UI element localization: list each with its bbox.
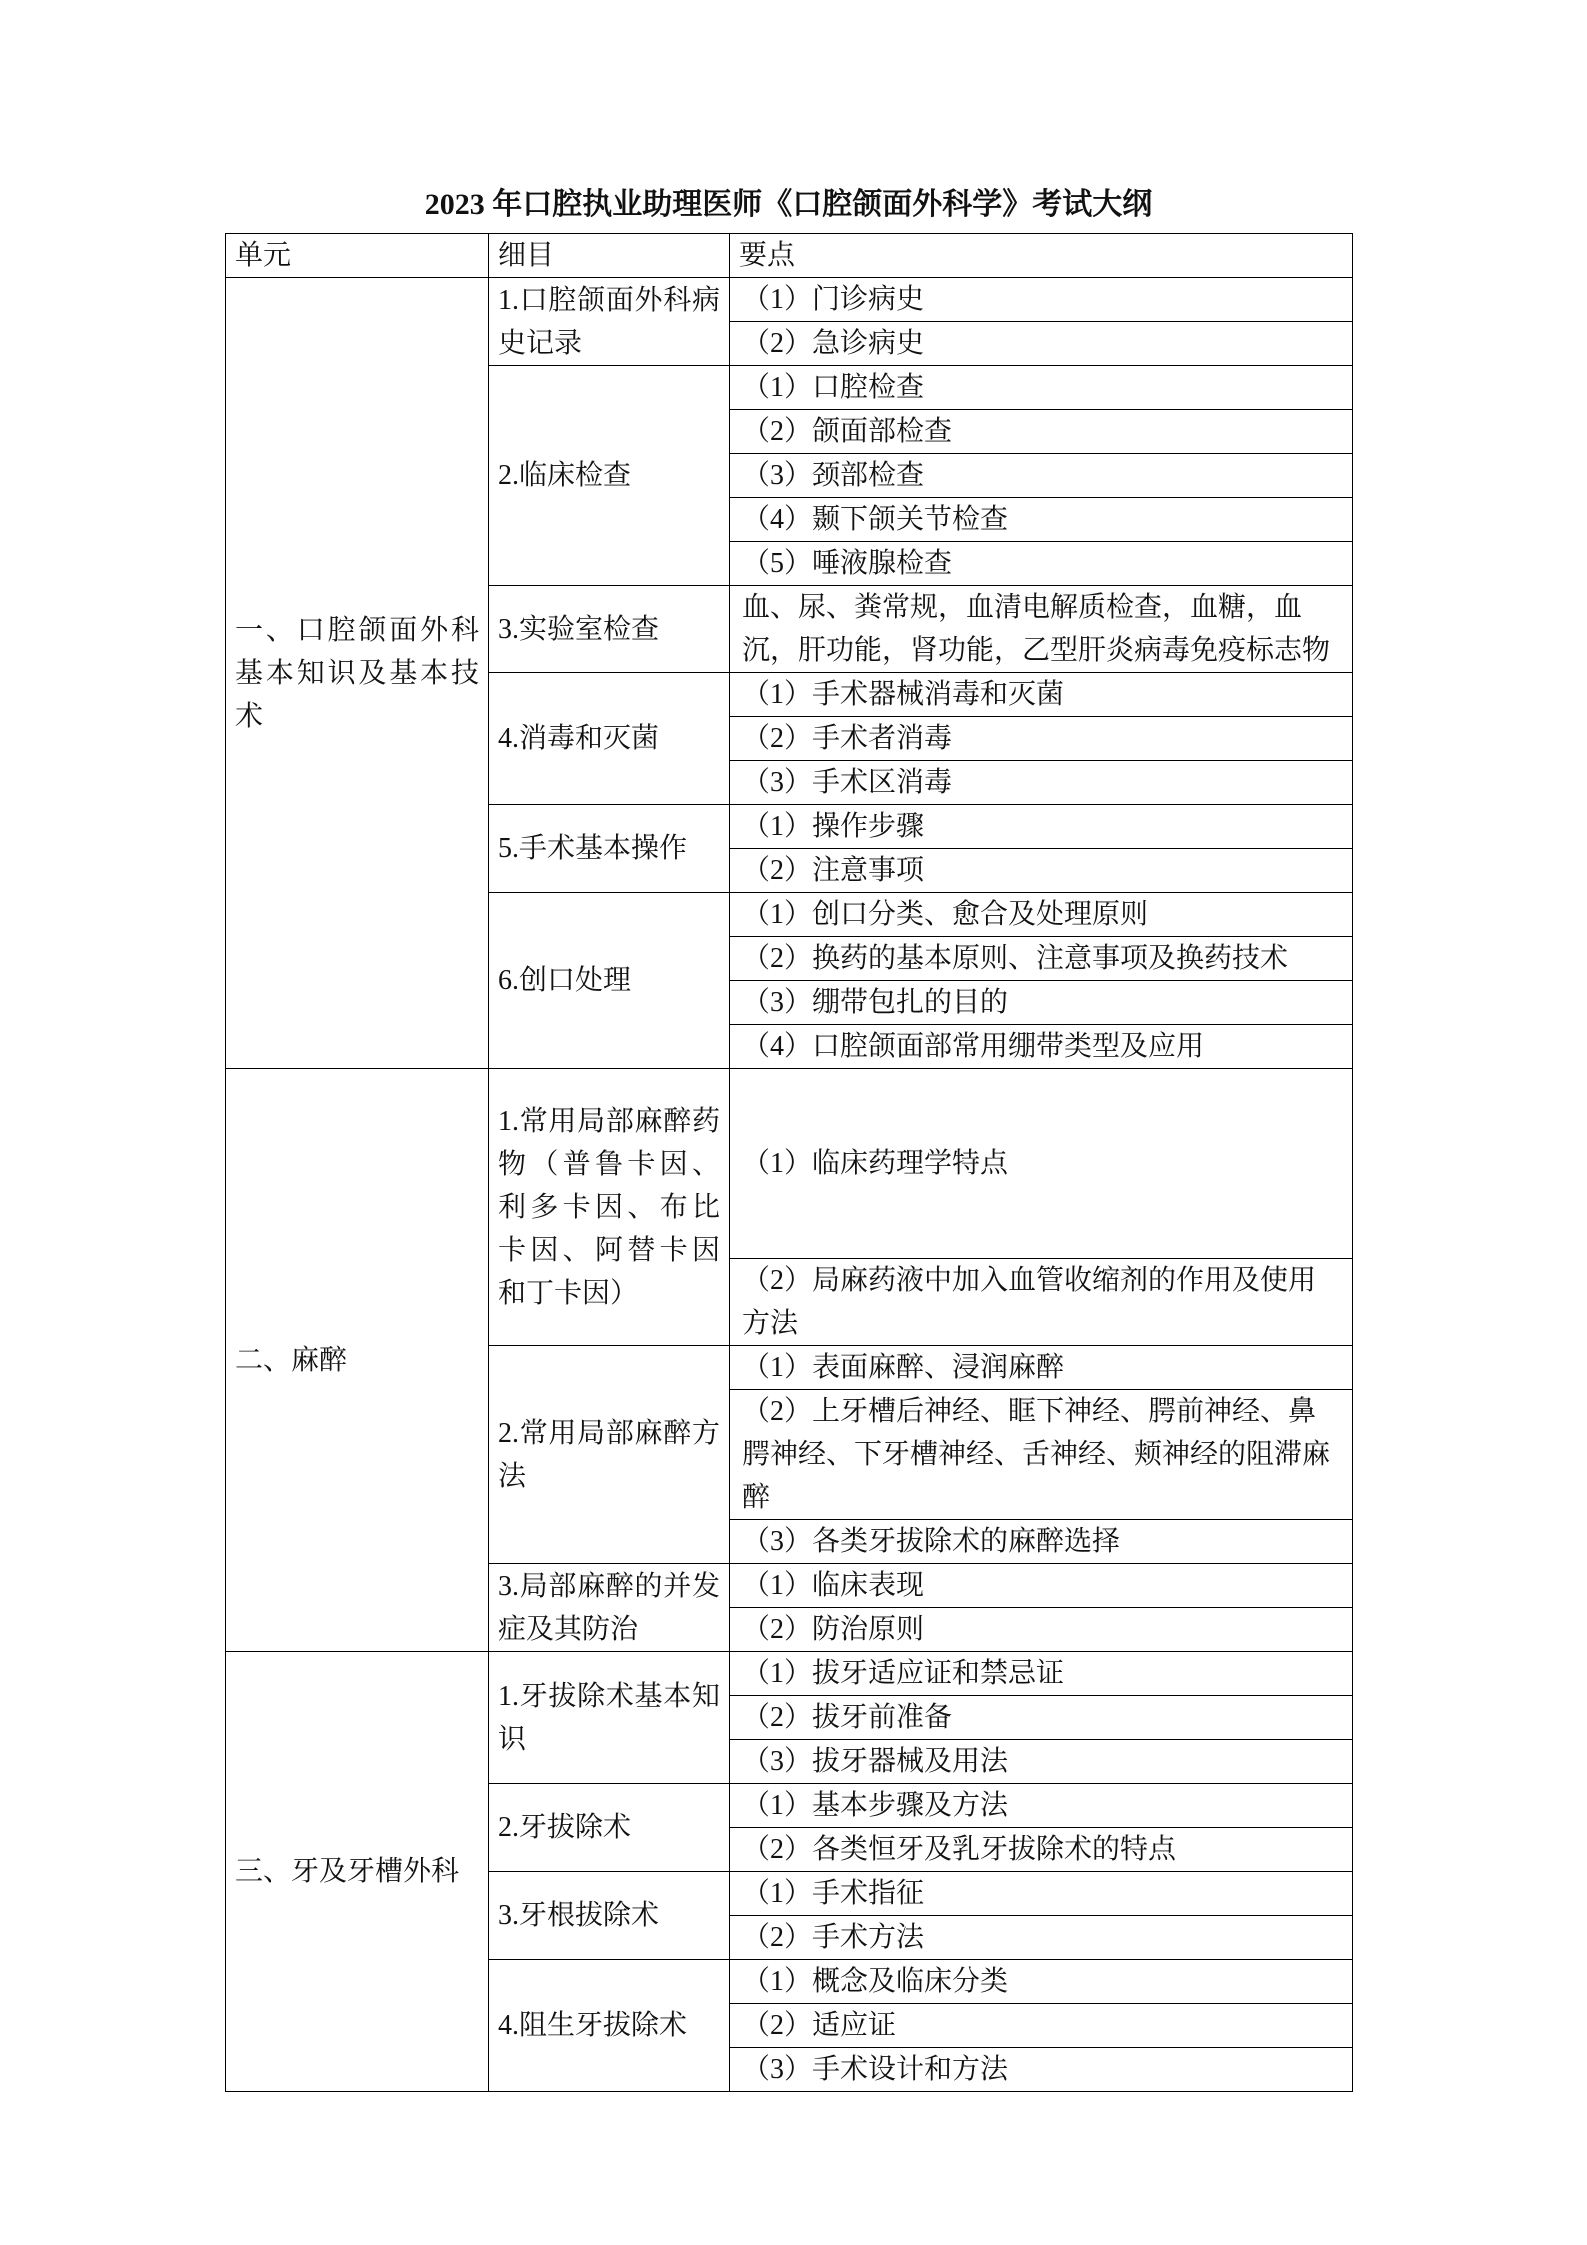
unit-cell: 二、麻醉 [226, 1069, 489, 1652]
item-cell: 1.口腔颌面外科病史记录 [489, 278, 730, 366]
item-cell: 3.实验室检查 [489, 586, 730, 673]
column-header-item: 细目 [489, 234, 730, 278]
point-cell: （2）颌面部检查 [730, 410, 1353, 454]
point-cell: （1）创口分类、愈合及处理原则 [730, 893, 1353, 937]
item-cell: 2.常用局部麻醉方法 [489, 1346, 730, 1564]
column-header-unit: 单元 [226, 234, 489, 278]
point-cell: （2）急诊病史 [730, 322, 1353, 366]
point-cell: （2）上牙槽后神经、眶下神经、腭前神经、鼻腭神经、下牙槽神经、舌神经、颊神经的阻… [730, 1390, 1353, 1520]
point-cell: （3）颈部检查 [730, 454, 1353, 498]
table-row: 三、牙及牙槽外科1.牙拔除术基本知识（1）拔牙适应证和禁忌证 [226, 1652, 1353, 1696]
point-cell: （3）各类牙拔除术的麻醉选择 [730, 1520, 1353, 1564]
item-cell: 4.阻生牙拔除术 [489, 1960, 730, 2092]
point-cell: （4）颞下颌关节检查 [730, 498, 1353, 542]
point-cell: （1）口腔检查 [730, 366, 1353, 410]
point-cell: （2）手术方法 [730, 1916, 1353, 1960]
point-cell: （3）手术区消毒 [730, 761, 1353, 805]
item-cell: 2.临床检查 [489, 366, 730, 586]
item-cell: 3.局部麻醉的并发症及其防治 [489, 1564, 730, 1652]
point-cell: （2）局麻药液中加入血管收缩剂的作用及使用方法 [730, 1259, 1353, 1346]
page-title: 2023 年口腔执业助理医师《口腔颌面外科学》考试大纲 [225, 186, 1352, 224]
item-cell: 3.牙根拔除术 [489, 1872, 730, 1960]
point-cell: （2）适应证 [730, 2004, 1353, 2048]
point-cell: （1）临床药理学特点 [730, 1069, 1353, 1259]
point-cell: （3）绷带包扎的目的 [730, 981, 1353, 1025]
point-cell: （5）唾液腺检查 [730, 542, 1353, 586]
point-cell: （1）概念及临床分类 [730, 1960, 1353, 2004]
point-cell: （1）门诊病史 [730, 278, 1353, 322]
item-cell: 6.创口处理 [489, 893, 730, 1069]
table-header-row: 单元 细目 要点 [226, 234, 1353, 278]
point-cell: （1）操作步骤 [730, 805, 1353, 849]
item-cell: 1.常用局部麻醉药物（普鲁卡因、利多卡因、布比卡因、阿替卡因和丁卡因） [489, 1069, 730, 1346]
point-cell: （1）手术指征 [730, 1872, 1353, 1916]
unit-cell: 三、牙及牙槽外科 [226, 1652, 489, 2092]
point-cell: （4）口腔颌面部常用绷带类型及应用 [730, 1025, 1353, 1069]
item-cell: 2.牙拔除术 [489, 1784, 730, 1872]
table-row: 一、口腔颌面外科基本知识及基本技术1.口腔颌面外科病史记录（1）门诊病史 [226, 278, 1353, 322]
point-cell: （2）拔牙前准备 [730, 1696, 1353, 1740]
point-cell: （2）手术者消毒 [730, 717, 1353, 761]
point-cell: （2）各类恒牙及乳牙拔除术的特点 [730, 1828, 1353, 1872]
document-page: 2023 年口腔执业助理医师《口腔颌面外科学》考试大纲 单元 细目 要点 一、口… [0, 0, 1587, 2245]
point-cell: （3）手术设计和方法 [730, 2048, 1353, 2092]
point-cell: （1）基本步骤及方法 [730, 1784, 1353, 1828]
column-header-point: 要点 [730, 234, 1353, 278]
point-cell: （1）拔牙适应证和禁忌证 [730, 1652, 1353, 1696]
point-cell: （2）注意事项 [730, 849, 1353, 893]
point-cell: （2）换药的基本原则、注意事项及换药技术 [730, 937, 1353, 981]
point-cell: （2）防治原则 [730, 1608, 1353, 1652]
exam-table-body: 一、口腔颌面外科基本知识及基本技术1.口腔颌面外科病史记录（1）门诊病史（2）急… [226, 278, 1353, 2092]
exam-syllabus-table: 单元 细目 要点 一、口腔颌面外科基本知识及基本技术1.口腔颌面外科病史记录（1… [225, 233, 1353, 2092]
point-cell: （1）手术器械消毒和灭菌 [730, 673, 1353, 717]
item-cell: 1.牙拔除术基本知识 [489, 1652, 730, 1784]
item-cell: 4.消毒和灭菌 [489, 673, 730, 805]
point-cell: （3）拔牙器械及用法 [730, 1740, 1353, 1784]
table-row: 二、麻醉1.常用局部麻醉药物（普鲁卡因、利多卡因、布比卡因、阿替卡因和丁卡因）（… [226, 1069, 1353, 1259]
point-cell: （1）临床表现 [730, 1564, 1353, 1608]
item-cell: 5.手术基本操作 [489, 805, 730, 893]
point-cell: （1）表面麻醉、浸润麻醉 [730, 1346, 1353, 1390]
point-cell: 血、尿、粪常规，血清电解质检查，血糖，血沉，肝功能，肾功能，乙型肝炎病毒免疫标志… [730, 586, 1353, 673]
unit-cell: 一、口腔颌面外科基本知识及基本技术 [226, 278, 489, 1069]
